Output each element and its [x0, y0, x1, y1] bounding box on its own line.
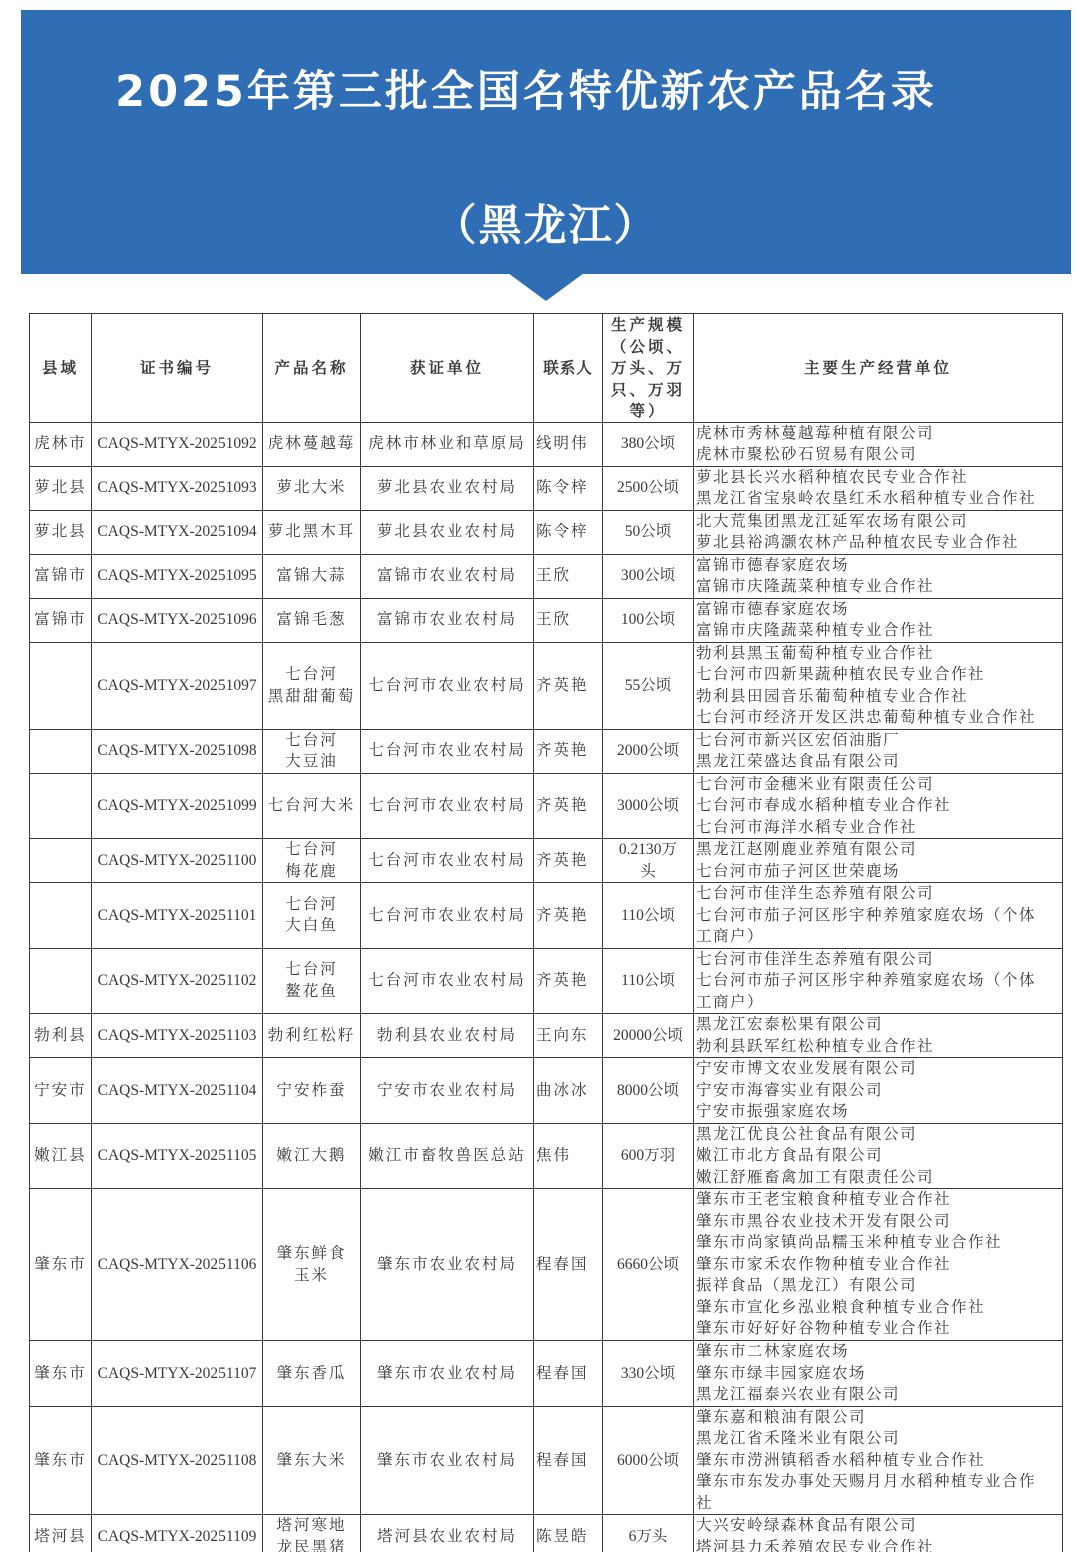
product-cell: 七台河梅花鹿 — [263, 839, 361, 883]
product-line: 黑甜甜葡萄 — [265, 686, 358, 708]
scale-cell: 380公顷 — [603, 422, 694, 466]
producers-cell: 肇东市王老宝粮食种植专业合作社肇东市黑谷农业技术开发有限公司肇东市尚家镇尚品糯玉… — [694, 1189, 1063, 1341]
contact-cell: 焦伟 — [534, 1123, 603, 1189]
producer-line: 肇东市黑谷农业技术开发有限公司 — [696, 1211, 1060, 1233]
contact-cell: 陈昱皓 — [534, 1515, 603, 1552]
producer-line: 勃利县跃军红松种植专业合作社 — [696, 1036, 1060, 1058]
producer-line: 黑龙江省宝泉岭农垦红禾水稻种植专业合作社 — [696, 488, 1060, 510]
product-cell: 虎林蔓越莓 — [263, 422, 361, 466]
producer-line: 黑龙江赵刚鹿业养殖有限公司 — [696, 839, 1060, 861]
producers-cell: 勃利县黑玉葡萄种植专业合作社七台河市四新果蔬种植农民专业合作社勃利县田园音乐葡萄… — [694, 642, 1063, 729]
county-cell: 塔河县 — [30, 1515, 92, 1552]
product-line: 萝北大米 — [265, 477, 358, 499]
producers-cell: 肇东市二林家庭农场肇东市绿丰园家庭农场黑龙江福泰兴农业有限公司 — [694, 1341, 1063, 1407]
scale-line: 0.2130万 — [605, 839, 691, 861]
producer-line: 肇东市王老宝粮食种植专业合作社 — [696, 1189, 1060, 1211]
producer-line: 肇东市尚家镇尚品糯玉米种植专业合作社 — [696, 1232, 1060, 1254]
table-row: CAQS-MTYX-20251099 七台河大米 七台河市农业农村局 齐英艳 3… — [30, 773, 1063, 839]
product-line: 萝北黑木耳 — [265, 521, 358, 543]
producer-line: 七台河市海洋水稻专业合作社 — [696, 817, 1060, 839]
producer-line: 社 — [696, 1493, 1060, 1515]
scale-cell: 2500公顷 — [603, 466, 694, 510]
certified-org-cell: 七台河市农业农村局 — [361, 948, 534, 1014]
scale-line: 100公顷 — [605, 609, 691, 631]
scale-line: 6000公顷 — [605, 1450, 691, 1472]
contact-cell: 陈令梓 — [534, 466, 603, 510]
product-cell: 富锦大蒜 — [263, 554, 361, 598]
contact-cell: 线明伟 — [534, 422, 603, 466]
producer-line: 北大荒集团黑龙江延军农场有限公司 — [696, 511, 1060, 533]
product-line: 七台河 — [265, 959, 358, 981]
table-row: 肇东市 CAQS-MTYX-20251106 肇东鲜食玉米 肇东市农业农村局 程… — [30, 1189, 1063, 1341]
table-row: 宁安市 CAQS-MTYX-20251104 宁安柞蚕 宁安市农业农村局 曲冰冰… — [30, 1058, 1063, 1124]
scale-cell: 3000公顷 — [603, 773, 694, 839]
product-cell: 肇东大米 — [263, 1406, 361, 1515]
header-scale: 生产规模（公顷、万头、万只、万羽等） — [603, 314, 694, 423]
scale-line: 110公顷 — [605, 905, 691, 927]
certified-org-cell: 萝北县农业农村局 — [361, 466, 534, 510]
producers-cell: 七台河市金穗米业有限责任公司七台河市春成水稻种植专业合作社七台河市海洋水稻专业合… — [694, 773, 1063, 839]
product-line: 肇东鲜食 — [265, 1243, 358, 1265]
county-cell: 嫩江县 — [30, 1123, 92, 1189]
product-line: 大豆油 — [265, 751, 358, 773]
producers-cell: 北大荒集团黑龙江延军农场有限公司萝北县裕鸿灏农林产品种植农民专业合作社 — [694, 510, 1063, 554]
product-cell: 七台河鳌花鱼 — [263, 948, 361, 1014]
county-cell — [30, 729, 92, 773]
table-row: 富锦市 CAQS-MTYX-20251096 富锦毛葱 富锦市农业农村局 王欣 … — [30, 598, 1063, 642]
producer-line: 虎林市秀林蔓越莓种植有限公司 — [696, 423, 1060, 445]
producer-line: 富锦市庆隆蔬菜种植专业合作社 — [696, 620, 1060, 642]
table-row: 富锦市 CAQS-MTYX-20251095 富锦大蒜 富锦市农业农村局 王欣 … — [30, 554, 1063, 598]
product-line: 七台河 — [265, 730, 358, 752]
contact-cell: 程春国 — [534, 1406, 603, 1515]
contact-cell: 王欣 — [534, 554, 603, 598]
contact-cell: 曲冰冰 — [534, 1058, 603, 1124]
product-cell: 塔河寒地龙民黑猪 — [263, 1515, 361, 1552]
producer-line: 萝北县裕鸿灏农林产品种植农民专业合作社 — [696, 532, 1060, 554]
producers-cell: 七台河市新兴区宏佰油脂厂黑龙江荣盛达食品有限公司 — [694, 729, 1063, 773]
scale-line: 330公顷 — [605, 1363, 691, 1385]
certified-org-cell: 肇东市农业农村局 — [361, 1189, 534, 1341]
header-producers: 主要生产经营单位 — [694, 314, 1063, 423]
cert-no-cell: CAQS-MTYX-20251107 — [92, 1341, 263, 1407]
title-banner: 2025年第三批全国名特优新农产品名录 （黑龙江） — [21, 10, 1071, 274]
header-product: 产品名称 — [263, 314, 361, 423]
producer-line: 七台河市佳洋生态养殖有限公司 — [696, 883, 1060, 905]
scale-line: 20000公顷 — [605, 1025, 691, 1047]
scale-cell: 20000公顷 — [603, 1014, 694, 1058]
certified-org-cell: 七台河市农业农村局 — [361, 642, 534, 729]
product-line: 勃利红松籽 — [265, 1025, 358, 1047]
product-line: 梅花鹿 — [265, 861, 358, 883]
product-cell: 勃利红松籽 — [263, 1014, 361, 1058]
producers-cell: 虎林市秀林蔓越莓种植有限公司虎林市聚松砂石贸易有限公司 — [694, 422, 1063, 466]
contact-cell: 齐英艳 — [534, 729, 603, 773]
cert-no-cell: CAQS-MTYX-20251093 — [92, 466, 263, 510]
producer-line: 工商户） — [696, 992, 1060, 1014]
scale-line: 600万羽 — [605, 1145, 691, 1167]
certified-org-cell: 勃利县农业农村局 — [361, 1014, 534, 1058]
producers-cell: 七台河市佳洋生态养殖有限公司七台河市茄子河区彤宇种养殖家庭农场（个体工商户） — [694, 883, 1063, 949]
county-cell: 富锦市 — [30, 598, 92, 642]
producer-line: 虎林市聚松砂石贸易有限公司 — [696, 444, 1060, 466]
product-cell: 宁安柞蚕 — [263, 1058, 361, 1124]
producer-line: 七台河市四新果蔬种植农民专业合作社 — [696, 664, 1060, 686]
producer-line: 塔河县力禾养殖农民专业合作社 — [696, 1537, 1060, 1552]
producer-line: 富锦市庆隆蔬菜种植专业合作社 — [696, 576, 1060, 598]
product-cell: 七台河黑甜甜葡萄 — [263, 642, 361, 729]
product-line: 大白鱼 — [265, 915, 358, 937]
certified-org-cell: 萝北县农业农村局 — [361, 510, 534, 554]
producers-cell: 黑龙江宏泰松果有限公司勃利县跃军红松种植专业合作社 — [694, 1014, 1063, 1058]
scale-cell: 100公顷 — [603, 598, 694, 642]
product-cell: 嫩江大鹅 — [263, 1123, 361, 1189]
scale-line: 2000公顷 — [605, 740, 691, 762]
scale-line: 8000公顷 — [605, 1080, 691, 1102]
producer-line: 七台河市茄子河区世荣鹿场 — [696, 861, 1060, 883]
table-row: CAQS-MTYX-20251101 七台河大白鱼 七台河市农业农村局 齐英艳 … — [30, 883, 1063, 949]
cert-no-cell: CAQS-MTYX-20251109 — [92, 1515, 263, 1552]
scale-line: 55公顷 — [605, 675, 691, 697]
certified-org-cell: 富锦市农业农村局 — [361, 598, 534, 642]
cert-no-cell: CAQS-MTYX-20251104 — [92, 1058, 263, 1124]
contact-cell: 齐英艳 — [534, 642, 603, 729]
certified-org-cell: 嫩江市畜牧兽医总站 — [361, 1123, 534, 1189]
product-cell: 萝北黑木耳 — [263, 510, 361, 554]
page-subtitle: （黑龙江） — [21, 192, 1071, 253]
producer-line: 肇东市绿丰园家庭农场 — [696, 1363, 1060, 1385]
county-cell: 肇东市 — [30, 1406, 92, 1515]
cert-no-cell: CAQS-MTYX-20251103 — [92, 1014, 263, 1058]
table-row: CAQS-MTYX-20251098 七台河大豆油 七台河市农业农村局 齐英艳 … — [30, 729, 1063, 773]
certified-org-cell: 七台河市农业农村局 — [361, 729, 534, 773]
producer-line: 黑龙江省禾隆米业有限公司 — [696, 1428, 1060, 1450]
county-cell: 萝北县 — [30, 466, 92, 510]
producer-line: 七台河市茄子河区彤宇种养殖家庭农场（个体 — [696, 905, 1060, 927]
producer-line: 七台河市茄子河区彤宇种养殖家庭农场（个体 — [696, 970, 1060, 992]
producer-line: 肇东嘉和粮油有限公司 — [696, 1407, 1060, 1429]
certified-org-cell: 虎林市林业和草原局 — [361, 422, 534, 466]
product-line: 富锦毛葱 — [265, 609, 358, 631]
producer-line: 肇东市二林家庭农场 — [696, 1341, 1060, 1363]
producers-cell: 肇东嘉和粮油有限公司黑龙江省禾隆米业有限公司肇东市涝洲镇稻香水稻种植专业合作社肇… — [694, 1406, 1063, 1515]
cert-no-cell: CAQS-MTYX-20251102 — [92, 948, 263, 1014]
certified-org-cell: 富锦市农业农村局 — [361, 554, 534, 598]
product-cell: 七台河大米 — [263, 773, 361, 839]
producer-line: 宁安市海睿实业有限公司 — [696, 1080, 1060, 1102]
certified-org-cell: 肇东市农业农村局 — [361, 1406, 534, 1515]
producer-line: 肇东市东发办事处天赐月月水稻种植专业合作 — [696, 1471, 1060, 1493]
producer-line: 七台河市新兴区宏佰油脂厂 — [696, 730, 1060, 752]
cert-no-cell: CAQS-MTYX-20251092 — [92, 422, 263, 466]
contact-cell: 王向东 — [534, 1014, 603, 1058]
producer-line: 七台河市春成水稻种植专业合作社 — [696, 795, 1060, 817]
table-row: CAQS-MTYX-20251100 七台河梅花鹿 七台河市农业农村局 齐英艳 … — [30, 839, 1063, 883]
table-header-row: 县域 证书编号 产品名称 获证单位 联系人 生产规模（公顷、万头、万只、万羽等）… — [30, 314, 1063, 423]
certified-org-cell: 七台河市农业农村局 — [361, 883, 534, 949]
scale-line: 110公顷 — [605, 970, 691, 992]
producer-line: 黑龙江福泰兴农业有限公司 — [696, 1384, 1060, 1406]
scale-cell: 300公顷 — [603, 554, 694, 598]
product-line: 玉米 — [265, 1265, 358, 1287]
certified-org-cell: 七台河市农业农村局 — [361, 839, 534, 883]
cert-no-cell: CAQS-MTYX-20251105 — [92, 1123, 263, 1189]
cert-no-cell: CAQS-MTYX-20251098 — [92, 729, 263, 773]
county-cell — [30, 839, 92, 883]
producer-line: 肇东市家禾农作物种植专业合作社 — [696, 1254, 1060, 1276]
producer-line: 嫩江舒雁畜禽加工有限责任公司 — [696, 1167, 1060, 1189]
cert-no-cell: CAQS-MTYX-20251099 — [92, 773, 263, 839]
contact-cell: 王欣 — [534, 598, 603, 642]
producers-cell: 七台河市佳洋生态养殖有限公司七台河市茄子河区彤宇种养殖家庭农场（个体工商户） — [694, 948, 1063, 1014]
scale-cell: 600万羽 — [603, 1123, 694, 1189]
county-cell: 富锦市 — [30, 554, 92, 598]
product-cell: 富锦毛葱 — [263, 598, 361, 642]
producers-cell: 黑龙江赵刚鹿业养殖有限公司七台河市茄子河区世荣鹿场 — [694, 839, 1063, 883]
product-line: 七台河 — [265, 894, 358, 916]
table-row: 肇东市 CAQS-MTYX-20251108 肇东大米 肇东市农业农村局 程春国… — [30, 1406, 1063, 1515]
county-cell: 宁安市 — [30, 1058, 92, 1124]
product-cell: 七台河大豆油 — [263, 729, 361, 773]
producer-line: 勃利县田园音乐葡萄种植专业合作社 — [696, 686, 1060, 708]
producer-line: 富锦市德春家庭农场 — [696, 555, 1060, 577]
header-certified-org: 获证单位 — [361, 314, 534, 423]
contact-cell: 齐英艳 — [534, 883, 603, 949]
contact-cell: 陈令梓 — [534, 510, 603, 554]
contact-cell: 齐英艳 — [534, 839, 603, 883]
producers-cell: 宁安市博文农业发展有限公司宁安市海睿实业有限公司宁安市振强家庭农场 — [694, 1058, 1063, 1124]
producer-line: 嫩江市北方食品有限公司 — [696, 1145, 1060, 1167]
product-line: 七台河 — [265, 839, 358, 861]
certified-org-cell: 宁安市农业农村局 — [361, 1058, 534, 1124]
county-cell: 肇东市 — [30, 1189, 92, 1341]
county-cell — [30, 773, 92, 839]
producer-line: 萝北县长兴水稻种植农民专业合作社 — [696, 467, 1060, 489]
table-row: 萝北县 CAQS-MTYX-20251093 萝北大米 萝北县农业农村局 陈令梓… — [30, 466, 1063, 510]
product-line: 虎林蔓越莓 — [265, 433, 358, 455]
county-cell: 肇东市 — [30, 1341, 92, 1407]
producers-cell: 大兴安岭绿森林食品有限公司塔河县力禾养殖农民专业合作社 — [694, 1515, 1063, 1552]
scale-line: 2500公顷 — [605, 477, 691, 499]
producer-line: 富锦市德春家庭农场 — [696, 599, 1060, 621]
scale-cell: 330公顷 — [603, 1341, 694, 1407]
product-line: 肇东大米 — [265, 1450, 358, 1472]
table-row: 塔河县 CAQS-MTYX-20251109 塔河寒地龙民黑猪 塔河县农业农村局… — [30, 1515, 1063, 1552]
scale-cell: 110公顷 — [603, 883, 694, 949]
producer-line: 振祥食品（黑龙江）有限公司 — [696, 1275, 1060, 1297]
product-cell: 肇东鲜食玉米 — [263, 1189, 361, 1341]
cert-no-cell: CAQS-MTYX-20251095 — [92, 554, 263, 598]
contact-cell: 齐英艳 — [534, 948, 603, 1014]
product-line: 塔河寒地 — [265, 1515, 358, 1537]
product-line: 七台河大米 — [265, 795, 358, 817]
product-cell: 肇东香瓜 — [263, 1341, 361, 1407]
producer-line: 七台河市经济开发区洪忠葡萄种植专业合作社 — [696, 707, 1060, 729]
producers-cell: 萝北县长兴水稻种植农民专业合作社黑龙江省宝泉岭农垦红禾水稻种植专业合作社 — [694, 466, 1063, 510]
producer-line: 工商户） — [696, 926, 1060, 948]
scale-cell: 50公顷 — [603, 510, 694, 554]
scale-line: 300公顷 — [605, 565, 691, 587]
certified-org-cell: 肇东市农业农村局 — [361, 1341, 534, 1407]
producer-line: 勃利县黑玉葡萄种植专业合作社 — [696, 643, 1060, 665]
cert-no-cell: CAQS-MTYX-20251108 — [92, 1406, 263, 1515]
producer-line: 黑龙江宏泰松果有限公司 — [696, 1014, 1060, 1036]
contact-cell: 程春国 — [534, 1341, 603, 1407]
cert-no-cell: CAQS-MTYX-20251094 — [92, 510, 263, 554]
cert-no-cell: CAQS-MTYX-20251097 — [92, 642, 263, 729]
scale-cell: 8000公顷 — [603, 1058, 694, 1124]
cert-no-cell: CAQS-MTYX-20251101 — [92, 883, 263, 949]
scale-line: 6660公顷 — [605, 1254, 691, 1276]
producer-line: 肇东市宣化乡泓业粮食种植专业合作社 — [696, 1297, 1060, 1319]
scale-line: 6万头 — [605, 1526, 691, 1548]
scale-line: 头 — [605, 861, 691, 883]
producer-line: 肇东市好好好谷物种植专业合作社 — [696, 1318, 1060, 1340]
county-cell: 萝北县 — [30, 510, 92, 554]
cert-no-cell: CAQS-MTYX-20251100 — [92, 839, 263, 883]
product-line: 龙民黑猪 — [265, 1537, 358, 1552]
header-county: 县域 — [30, 314, 92, 423]
banner-pointer-icon — [508, 273, 584, 301]
table-row: 肇东市 CAQS-MTYX-20251107 肇东香瓜 肇东市农业农村局 程春国… — [30, 1341, 1063, 1407]
county-cell — [30, 642, 92, 729]
cert-no-cell: CAQS-MTYX-20251096 — [92, 598, 263, 642]
table-row: 嫩江县 CAQS-MTYX-20251105 嫩江大鹅 嫩江市畜牧兽医总站 焦伟… — [30, 1123, 1063, 1189]
producers-cell: 黑龙江优良公社食品有限公司嫩江市北方食品有限公司嫩江舒雁畜禽加工有限责任公司 — [694, 1123, 1063, 1189]
producer-line: 宁安市振强家庭农场 — [696, 1101, 1060, 1123]
table-row: 萝北县 CAQS-MTYX-20251094 萝北黑木耳 萝北县农业农村局 陈令… — [30, 510, 1063, 554]
contact-cell: 程春国 — [534, 1189, 603, 1341]
product-line: 肇东香瓜 — [265, 1363, 358, 1385]
scale-line: 50公顷 — [605, 521, 691, 543]
scale-line: 3000公顷 — [605, 795, 691, 817]
scale-cell: 110公顷 — [603, 948, 694, 1014]
table-row: CAQS-MTYX-20251097 七台河黑甜甜葡萄 七台河市农业农村局 齐英… — [30, 642, 1063, 729]
producer-line: 黑龙江优良公社食品有限公司 — [696, 1124, 1060, 1146]
certified-org-cell: 塔河县农业农村局 — [361, 1515, 534, 1552]
product-line: 富锦大蒜 — [265, 565, 358, 587]
product-line: 鳌花鱼 — [265, 981, 358, 1003]
product-cell: 七台河大白鱼 — [263, 883, 361, 949]
cert-no-cell: CAQS-MTYX-20251106 — [92, 1189, 263, 1341]
producer-line: 大兴安岭绿森林食品有限公司 — [696, 1515, 1060, 1537]
scale-cell: 0.2130万头 — [603, 839, 694, 883]
scale-cell: 6000公顷 — [603, 1406, 694, 1515]
product-list-table: 县域 证书编号 产品名称 获证单位 联系人 生产规模（公顷、万头、万只、万羽等）… — [29, 313, 1063, 1552]
scale-cell: 6万头 — [603, 1515, 694, 1552]
product-cell: 萝北大米 — [263, 466, 361, 510]
scale-cell: 6660公顷 — [603, 1189, 694, 1341]
product-line: 嫩江大鹅 — [265, 1145, 358, 1167]
table-row: CAQS-MTYX-20251102 七台河鳌花鱼 七台河市农业农村局 齐英艳 … — [30, 948, 1063, 1014]
county-cell — [30, 883, 92, 949]
scale-cell: 2000公顷 — [603, 729, 694, 773]
producer-line: 肇东市涝洲镇稻香水稻种植专业合作社 — [696, 1450, 1060, 1472]
certified-org-cell: 七台河市农业农村局 — [361, 773, 534, 839]
contact-cell: 齐英艳 — [534, 773, 603, 839]
county-cell — [30, 948, 92, 1014]
producer-line: 七台河市佳洋生态养殖有限公司 — [696, 949, 1060, 971]
scale-line: 380公顷 — [605, 433, 691, 455]
producer-line: 七台河市金穗米业有限责任公司 — [696, 774, 1060, 796]
product-line: 七台河 — [265, 664, 358, 686]
product-line: 宁安柞蚕 — [265, 1080, 358, 1102]
table-row: 虎林市 CAQS-MTYX-20251092 虎林蔓越莓 虎林市林业和草原局 线… — [30, 422, 1063, 466]
producers-cell: 富锦市德春家庭农场富锦市庆隆蔬菜种植专业合作社 — [694, 598, 1063, 642]
producer-line: 宁安市博文农业发展有限公司 — [696, 1058, 1060, 1080]
county-cell: 虎林市 — [30, 422, 92, 466]
table-row: 勃利县 CAQS-MTYX-20251103 勃利红松籽 勃利县农业农村局 王向… — [30, 1014, 1063, 1058]
header-contact: 联系人 — [534, 314, 603, 423]
producers-cell: 富锦市德春家庭农场富锦市庆隆蔬菜种植专业合作社 — [694, 554, 1063, 598]
producer-line: 黑龙江荣盛达食品有限公司 — [696, 751, 1060, 773]
header-cert-no: 证书编号 — [92, 314, 263, 423]
scale-cell: 55公顷 — [603, 642, 694, 729]
county-cell: 勃利县 — [30, 1014, 92, 1058]
page-title: 2025年第三批全国名特优新农产品名录 — [21, 58, 1031, 119]
